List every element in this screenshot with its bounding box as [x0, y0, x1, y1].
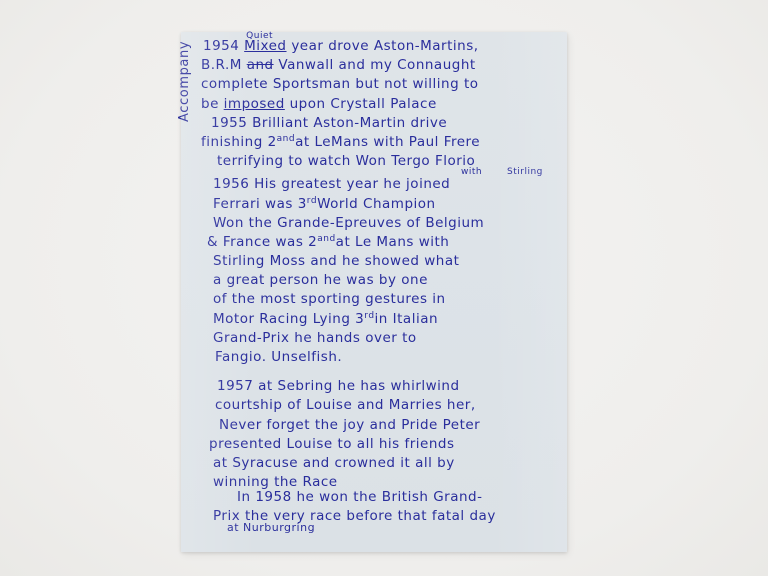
superscript: and [317, 234, 335, 244]
line-text: World Champion [317, 198, 436, 212]
line-text: at Syracuse and crowned it all by [213, 457, 455, 471]
letter-line: Ferrari was 3rd World Champion [213, 198, 561, 217]
letter-line-1956: 1956 His greatest year he joined [213, 178, 561, 197]
line-text: 1957 at Sebring he has whirlwind [217, 380, 460, 394]
line-text: a great person he was by one [213, 274, 428, 288]
line-text: Ferrari was 3 [213, 198, 307, 212]
handwritten-letter-page: Accompany 1954 Quiet Mixed year drove As… [181, 32, 567, 552]
line-text: upon Crystall Palace [290, 98, 437, 112]
letter-line: at Nurburgring [227, 522, 561, 541]
letter-line: Fangio. Unselfish. [215, 351, 561, 370]
line-text: at Le Mans with [336, 236, 450, 250]
line-text: at Nurburgring [227, 522, 315, 533]
line-text: 1956 His greatest year he joined [213, 178, 450, 192]
line-text: complete Sportsman but not willing to [201, 78, 479, 92]
underlined-word: imposed [224, 98, 285, 112]
line-text: Stirling Moss and he showed what [213, 255, 459, 269]
line-text: Vanwall and my Connaught [278, 59, 475, 73]
letter-line: Motor Racing Lying 3rd in Italian [213, 313, 561, 332]
letter-line: Never forget the joy and Pride Peter [219, 419, 561, 438]
line-text: Motor Racing Lying 3 [213, 313, 364, 327]
letter-line: of the most sporting gestures in [213, 293, 561, 312]
letter-line: courtship of Louise and Marries her, [215, 399, 561, 418]
line-text: finishing 2 [201, 136, 277, 150]
superscript: rd [307, 196, 317, 206]
superscript: and [277, 134, 295, 144]
struck-word: Quiet [246, 32, 273, 41]
line-text: 1955 Brilliant Aston-Martin drive [211, 117, 447, 131]
correction: Quiet Mixed [244, 40, 286, 54]
letter-line: be imposed upon Crystall Palace [201, 98, 561, 117]
line-text: & France was 2 [207, 236, 317, 250]
letter-line: terrifying to watch Won Tergo Florio wit… [217, 155, 561, 174]
line-text: winning the Race [213, 476, 338, 490]
margin-note: Accompany [177, 41, 192, 122]
line-text: be [201, 98, 219, 112]
line-text: Never forget the joy and Pride Peter [219, 419, 480, 433]
line-text: year drove Aston-Martins, [291, 40, 478, 54]
letter-line: Won the Grande-Epreuves of Belgium [213, 217, 561, 236]
line-text: Grand-Prix he hands over to [213, 332, 417, 346]
line-text: Fangio. Unselfish. [215, 351, 342, 365]
line-text: at LeMans with Paul Frere [295, 136, 480, 150]
line-text: In 1958 he won the British Grand- [237, 491, 483, 505]
insertion-note: with [461, 168, 482, 177]
letter-line: complete Sportsman but not willing to [201, 78, 561, 97]
line-text: presented Louise to all his friends [209, 438, 455, 452]
line-text: of the most sporting gestures in [213, 293, 446, 307]
line-text: terrifying to watch Won Tergo Florio [217, 155, 475, 169]
struck-word: and [247, 59, 274, 73]
photo-background: Accompany 1954 Quiet Mixed year drove As… [0, 0, 768, 576]
line-text: courtship of Louise and Marries her, [215, 399, 476, 413]
line-text: 1954 [203, 40, 239, 54]
insertion-note: Stirling [507, 168, 543, 177]
line-text: in Italian [375, 313, 438, 327]
letter-body: 1954 Quiet Mixed year drove Aston-Martin… [201, 40, 561, 542]
inserted-word: Mixed [244, 40, 286, 54]
line-text: B.R.M [201, 59, 242, 73]
superscript: rd [364, 311, 374, 321]
line-text: Won the Grande-Epreuves of Belgium [213, 217, 484, 231]
